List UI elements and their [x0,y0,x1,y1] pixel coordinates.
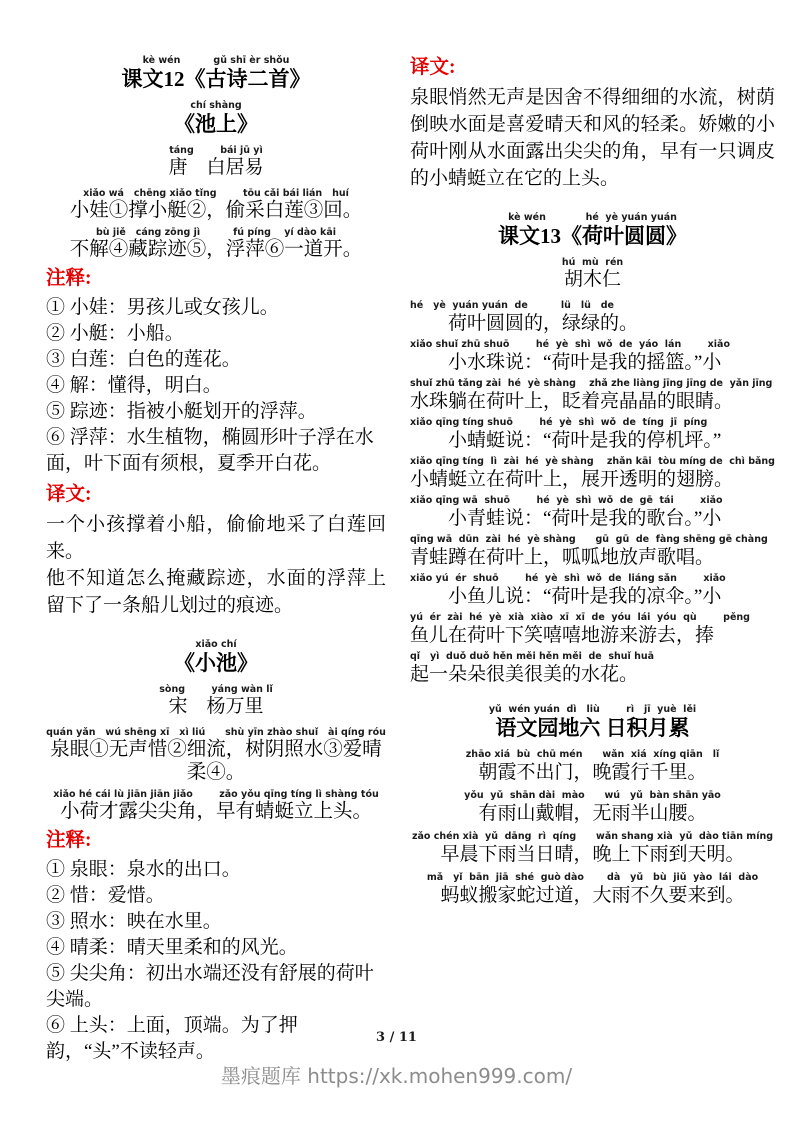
lesson13-title: kè wén hé yè yuán yuán 课文13《荷叶圆圆》 [410,212,775,249]
lesson13-author-pinyin: hú mù rén [410,257,775,268]
note-item: ④ 解：懂得，明白。 [46,373,386,399]
note-item: ⑥ 浮萍：水生植物，椭圆形叶子浮在水面，叶下面有须根，夏季开白花。 [46,425,386,477]
left-column: kè wén gǔ shī èr shǒu 课文12《古诗二首》 chí shà… [46,55,386,1065]
note-item: ② 惜：爱惜。 [46,883,386,909]
chishang-title-text: 《池上》 [46,111,386,137]
page-indicator: 3 / 11 [0,1030,793,1045]
xiaochi-title-text: 《小池》 [46,650,386,676]
body-line-text: 小蜻蜓立在荷叶上，展开透明的翅膀。 [410,467,775,493]
xiaochi-title-pinyin: xiǎo chí [46,639,386,650]
lesson13-body-line: qīng wā dūn zài hé yè shàng gū gū de fàn… [410,534,775,571]
proverb-pinyin: yǒu yǔ shān dài mào wú yǔ bàn shān yāo [410,790,775,801]
note-item: ③ 照水：映在水里。 [46,909,386,935]
lesson13-body-line: shuǐ zhū tǎng zài hé yè shàng zhǎ zhe li… [410,378,775,415]
xiaochi-poem-line-2: xiǎo hé cái lù jiān jiān jiǎo zǎo yǒu qī… [46,789,386,823]
body-line-text: 小蜻蜓说：“荷叶是我的停机坪。” [410,428,775,454]
body-line-pinyin: xiǎo yú ér shuō hé yè shì wǒ de liáng sǎ… [410,573,775,584]
proverb-line: mǎ yǐ bān jiā shé guò dào dà yǔ bù jiǔ y… [410,872,775,909]
page-content: kè wén gǔ shī èr shǒu 课文12《古诗二首》 chí shà… [0,0,793,1065]
body-line-pinyin: xiǎo qīng wā shuō hé yè shì wǒ de gē tái… [410,495,775,506]
body-line-pinyin: hé yè yuán yuán de lǜ lǜ de [410,300,775,311]
lesson13-title-pinyin: kè wén hé yè yuán yuán [410,212,775,223]
body-line-pinyin: shuǐ zhū tǎng zài hé yè shàng zhǎ zhe li… [410,378,775,389]
proverb-text: 有雨山戴帽，无雨半山腰。 [410,801,775,827]
xiaochi-author-text: 宋 杨万里 [46,695,386,719]
body-line-pinyin: yú ér zài hé yè xià xiào xī xī de yóu lá… [410,612,775,623]
proverb-line: zhāo xiá bù chū mén wǎn xiá xíng qiān lǐ… [410,749,775,786]
body-line-text: 小鱼儿说：“荷叶是我的凉伞。”小 [410,584,775,610]
chishang-poem-line-1-pinyin: xiǎo wá chēng xiǎo tǐng tōu cǎi bái lián… [46,188,386,199]
body-line-pinyin: xiǎo shuǐ zhū shuō hé yè shì wǒ de yáo l… [410,339,775,350]
lesson13-body-line: xiǎo qīng wā shuō hé yè shì wǒ de gē tái… [410,495,775,532]
note-item: ④ 晴柔：晴天里柔和的风光。 [46,935,386,961]
lesson13-author: hú mù rén 胡木仁 [410,257,775,292]
body-line-text: 小青蛙说：“荷叶是我的歌台。”小 [410,506,775,532]
chishang-author: táng bái jū yì 唐 白居易 [46,145,386,180]
xiaochi-author-pinyin: sòng yáng wàn lǐ [46,684,386,695]
watermark-text: 墨痕题库 https://xk.mohen999.com/ [0,1060,793,1089]
note-item: ① 泉眼：泉水的出口。 [46,857,386,883]
chishang-title: chí shàng 《池上》 [46,100,386,137]
translation1-label: 译文: [46,482,386,508]
body-line-pinyin: xiǎo qīng tíng lì zài hé yè shàng zhǎn k… [410,456,775,467]
yuandi-title-text: 语文园地六 日积月累 [410,715,775,741]
lesson12-title-text: 课文12《古诗二首》 [46,66,386,92]
proverb-pinyin: zhāo xiá bù chū mén wǎn xiá xíng qiān lǐ [410,749,775,760]
lesson12-title: kè wén gǔ shī èr shǒu 课文12《古诗二首》 [46,55,386,92]
proverb-text: 蚂蚁搬家蛇过道，大雨不久要来到。 [410,883,775,909]
chishang-author-text: 唐 白居易 [46,156,386,180]
chishang-poem-line-2-text: 不解④藏踪迹⑤，浮萍⑥一道开。 [46,238,386,261]
xiaochi-poem-line-1: quán yǎn wú shēng xī xì liú shù yīn zhào… [46,727,386,784]
body-line-text: 小水珠说：“荷叶是我的摇篮。”小 [410,350,775,376]
lesson13-author-text: 胡木仁 [410,268,775,292]
xiaochi-poem-line-2-pinyin: xiǎo hé cái lù jiān jiān jiǎo zǎo yǒu qī… [46,789,386,800]
chishang-poem-line-2: bù jiě cáng zōng jì fú píng yí dào kāi 不… [46,227,386,261]
xiaochi-poem-line-1-text: 泉眼①无声惜②细流，树阴照水③爱晴柔④。 [46,738,386,784]
yuandi-title: yǔ wén yuán dì liù rì jī yuè lěi 语文园地六 日… [410,704,775,741]
notes1-label: 注释: [46,266,386,292]
body-line-pinyin: xiǎo qīng tíng shuō hé yè shì wǒ de tíng… [410,417,775,428]
proverb-text: 朝霞不出门，晚霞行千里。 [410,760,775,786]
chishang-poem-line-1-text: 小娃①撑小艇②，偷采白莲③回。 [46,199,386,222]
lesson13-title-text: 课文13《荷叶圆圆》 [410,223,775,249]
proverb-line: zǎo chén xià yǔ dāng rì qíng wǎn shang x… [410,831,775,868]
note-item: ⑤ 踪迹：指被小艇划开的浮萍。 [46,399,386,425]
body-line-text: 水珠躺在荷叶上，眨着亮晶晶的眼睛。 [410,389,775,415]
proverb-text: 早晨下雨当日晴，晚上下雨到天明。 [410,842,775,868]
lesson13-body-line: yú ér zài hé yè xià xiào xī xī de yóu lá… [410,612,775,649]
lesson13-body-line: xiǎo qīng tíng lì zài hé yè shàng zhǎn k… [410,456,775,493]
right-column: 译文: 泉眼悄然无声是因舍不得细细的水流，树荫倒映水面是喜爱晴天和风的轻柔。娇嫩… [410,55,775,1065]
note-item: ③ 白莲：白色的莲花。 [46,347,386,373]
xiaochi-poem-line-1-pinyin: quán yǎn wú shēng xī xì liú shù yīn zhào… [46,727,386,738]
body-line-text: 青蛙蹲在荷叶上，呱呱地放声歌唱。 [410,545,775,571]
chishang-poem-line-2-pinyin: bù jiě cáng zōng jì fú píng yí dào kāi [46,227,386,238]
yuandi-title-pinyin: yǔ wén yuán dì liù rì jī yuè lěi [410,704,775,715]
translation1-paragraph: 一个小孩撑着小船，偷偷地采了白莲回来。 [46,511,386,565]
lesson13-body-line: xiǎo qīng tíng shuō hé yè shì wǒ de tíng… [410,417,775,454]
lesson13-body-line: hé yè yuán yuán de lǜ lǜ de 荷叶圆圆的，绿绿的。 [410,300,775,337]
body-line-text: 起一朵朵很美很美的水花。 [410,662,775,688]
note-item: ② 小艇：小船。 [46,321,386,347]
translation1-paragraph: 他不知道怎么掩藏踪迹，水面的浮萍上留下了一条船儿划过的痕迹。 [46,565,386,619]
proverb-line: yǒu yǔ shān dài mào wú yǔ bàn shān yāo 有… [410,790,775,827]
xiaochi-title: xiǎo chí 《小池》 [46,639,386,676]
proverb-pinyin: zǎo chén xià yǔ dāng rì qíng wǎn shang x… [410,831,775,842]
note-item: ⑤ 尖尖角：初出水端还没有舒展的荷叶尖端。 [46,961,386,1013]
note-item: ① 小娃：男孩儿或女孩儿。 [46,295,386,321]
lesson13-body-line: qǐ yì duǒ duǒ hěn měi hěn měi de shuǐ hu… [410,651,775,688]
body-line-pinyin: qīng wā dūn zài hé yè shàng gū gū de fàn… [410,534,775,545]
body-line-text: 鱼儿在荷叶下笑嘻嘻地游来游去，捧 [410,623,775,649]
lesson13-body-line: xiǎo shuǐ zhū shuō hé yè shì wǒ de yáo l… [410,339,775,376]
lesson13-body-line: xiǎo yú ér shuō hé yè shì wǒ de liáng sǎ… [410,573,775,610]
xiaochi-poem-line-2-text: 小荷才露尖尖角，早有蜻蜓立上头。 [46,800,386,823]
proverb-pinyin: mǎ yǐ bān jiā shé guò dào dà yǔ bù jiǔ y… [410,872,775,883]
lesson12-title-pinyin: kè wén gǔ shī èr shǒu [46,55,386,66]
chishang-poem-line-1: xiǎo wá chēng xiǎo tǐng tōu cǎi bái lián… [46,188,386,222]
body-line-text: 荷叶圆圆的，绿绿的。 [410,311,775,337]
chishang-title-pinyin: chí shàng [46,100,386,111]
translation2-paragraph: 泉眼悄然无声是因舍不得细细的水流，树荫倒映水面是喜爱晴天和风的轻柔。娇嫩的小荷叶… [410,84,775,192]
notes2-label: 注释: [46,828,386,854]
xiaochi-author: sòng yáng wàn lǐ 宋 杨万里 [46,684,386,719]
translation2-label: 译文: [410,55,775,81]
body-line-pinyin: qǐ yì duǒ duǒ hěn měi hěn měi de shuǐ hu… [410,651,775,662]
chishang-author-pinyin: táng bái jū yì [46,145,386,156]
